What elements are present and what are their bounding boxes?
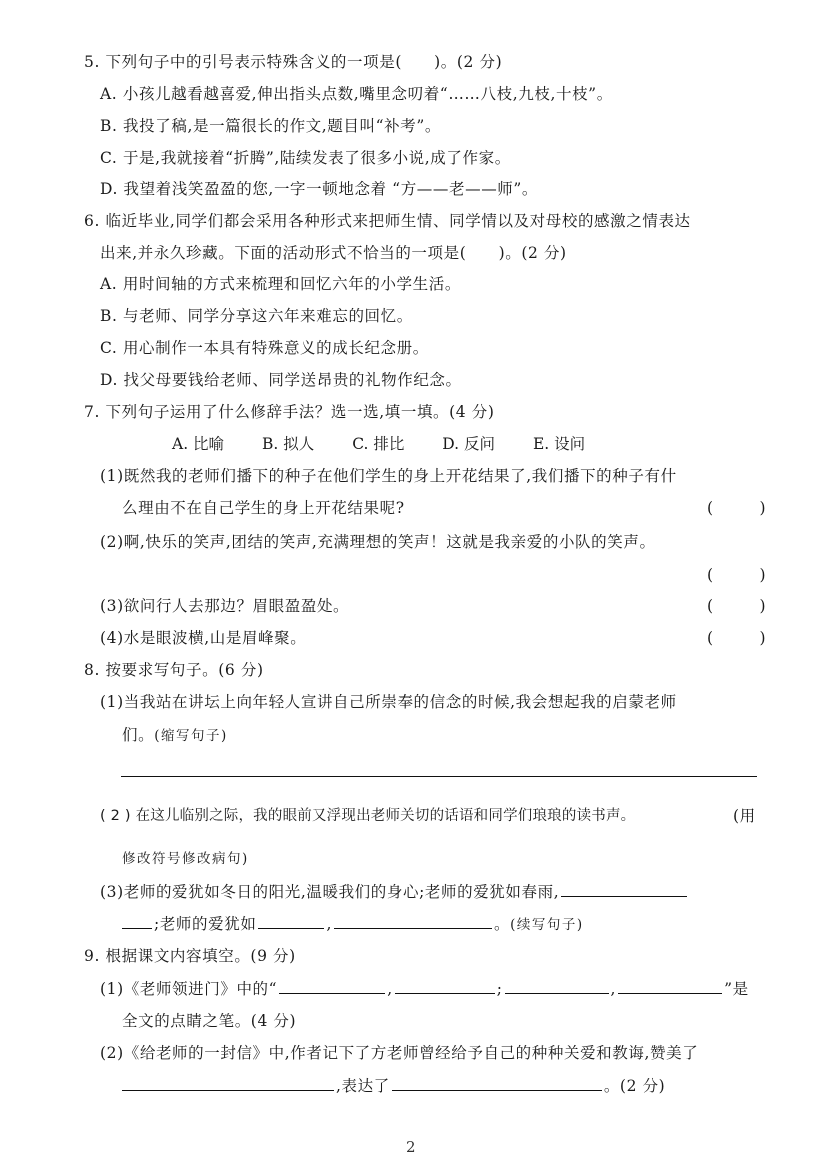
q9-item2-blank-2[interactable]	[392, 1076, 602, 1091]
q8-item3-blank-3[interactable]	[334, 914, 492, 929]
q9-item2-line1: (2)《给老师的一封信》中,作者记下了方老师曾经给予自己的种种关爱和教诲,赞美了	[100, 1043, 698, 1063]
q8-item3-sep: ,	[326, 915, 332, 933]
q7-choice-c: C. 排比	[352, 434, 404, 454]
q7-item1-line1: (1)既然我的老师们播下的种子在他们学生的身上开花结果了,我们播下的种子有什	[100, 466, 677, 486]
q7-item3-answer-blank[interactable]: ( )	[707, 596, 766, 616]
q8-item1-hint: (缩写句子)	[154, 728, 228, 744]
q9-item1-line1: (1)《老师领进门》中的“,;,”是	[100, 979, 749, 999]
q8-item1-answer-line[interactable]	[121, 776, 757, 777]
q5-option-d: D. 我望着浅笑盈盈的您,一字一顿地念着 “方——老——师”。	[100, 179, 538, 199]
q6-option-c: C. 用心制作一本具有特殊意义的成长纪念册。	[100, 338, 429, 358]
q5-option-a: A. 小孩儿越看越喜爱,伸出指头点数,嘴里念叨着“……八枝,九枝,十枝”。	[100, 84, 613, 104]
q8-item1-line1: (1)当我站在讲坛上向年轻人宣讲自己所崇奉的信念的时候,我会想起我的启蒙老师	[100, 692, 677, 712]
q8-item3-text-a: ;老师的爱犹如	[154, 915, 256, 933]
q9-item1-line2: 全文的点睛之笔。(4 分)	[122, 1011, 296, 1031]
q6-stem-line2: 出来,并永久珍藏。下面的活动形式不恰当的一项是( )。(2 分)	[100, 243, 567, 263]
q8-item3-blank-1-cont[interactable]	[122, 914, 152, 929]
q8-item1-line2: 们。(缩写句子)	[122, 725, 228, 746]
q7-choice-list: A. 比喻 B. 拟人 C. 排比 D. 反问 E. 设问	[172, 434, 618, 454]
q8-item3-text: (3)老师的爱犹如冬日的阳光,温暖我们的身心;老师的爱犹如春雨,	[100, 883, 559, 901]
q9-item1-blank-3[interactable]	[505, 979, 609, 994]
q6-option-d: D. 找父母要钱给老师、同学送昂贵的礼物作纪念。	[100, 370, 462, 390]
page-number: 2	[406, 1138, 416, 1156]
q8-item3-line2: ;老师的爱犹如,。(续写句子)	[122, 914, 584, 935]
q7-stem: 7. 下列句子运用了什么修辞手法？选一选,填一填。(4 分)	[84, 402, 495, 422]
q9-item1-blank-1[interactable]	[279, 979, 385, 994]
q6-option-a: A. 用时间轴的方式来梳理和回忆六年的小学生活。	[100, 274, 461, 294]
q7-choice-e: E. 设问	[533, 434, 585, 454]
q8-item1-text: 们。	[122, 726, 154, 744]
q8-item3-line1: (3)老师的爱犹如冬日的阳光,温暖我们的身心;老师的爱犹如春雨,	[100, 882, 689, 902]
q8-item3-end: 。	[494, 915, 510, 933]
q9-item1-text: (1)《老师领进门》中的“	[100, 980, 277, 998]
q9-item1-sep-3: ,	[611, 980, 617, 998]
q8-item2-hint-a: (用	[733, 806, 756, 826]
q9-item1-blank-4[interactable]	[618, 979, 722, 994]
q8-item3-blank-2[interactable]	[258, 914, 324, 929]
q9-item1-end: ”是	[724, 980, 749, 998]
q7-choice-b: B. 拟人	[262, 434, 314, 454]
q8-stem: 8. 按要求写句子。(6 分)	[84, 660, 264, 680]
q7-item4: (4)水是眼波横,山是眉峰聚。	[100, 628, 306, 648]
q6-option-b: B. 与老师、同学分享这六年来难忘的回忆。	[100, 306, 413, 326]
q9-item2-end: 。(2 分)	[604, 1077, 665, 1095]
q9-item2-mid: ,表达了	[336, 1077, 390, 1095]
q6-stem-line1: 6. 临近毕业,同学们都会采用各种形式来把师生情、同学情以及对母校的感激之情表达	[84, 211, 691, 231]
q7-item1-line2: 么理由不在自己学生的身上开花结果呢?	[122, 498, 405, 518]
q7-item2-answer-blank[interactable]: ( )	[707, 565, 766, 585]
q8-item3-blank-1[interactable]	[561, 882, 687, 897]
q7-item2-line1: (2)啊,快乐的笑声,团结的笑声,充满理想的笑声！这就是我亲爱的小队的笑声。	[100, 532, 656, 552]
q9-item1-sep-2: ;	[497, 980, 503, 998]
q7-item4-answer-blank[interactable]: ( )	[707, 628, 766, 648]
q7-item3: (3)欲问行人去那边？眉眼盈盈处。	[100, 596, 349, 616]
q8-item3-hint: (续写句子)	[510, 917, 584, 933]
q7-item1-answer-blank[interactable]: ( )	[707, 498, 766, 518]
q9-stem: 9. 根据课文内容填空。(9 分)	[84, 946, 296, 966]
q8-item2-hint-b: 修改符号修改病句)	[122, 849, 249, 869]
q8-item2-line1: ( 2 ) 在这儿临别之际，我的眼前又浮现出老师关切的话语和同学们琅琅的读书声。	[100, 806, 635, 826]
q5-option-b: B. 我投了稿,是一篇很长的作文,题目叫“补考”。	[100, 116, 441, 136]
q5-option-c: C. 于是,我就接着“折腾”,陆续发表了很多小说,成了作家。	[100, 148, 511, 168]
q5-stem: 5. 下列句子中的引号表示特殊含义的一项是( )。(2 分)	[84, 52, 502, 72]
q7-choice-a: A. 比喻	[172, 434, 224, 454]
q9-item2-blank-1[interactable]	[122, 1076, 334, 1091]
q9-item1-sep-1: ,	[387, 980, 393, 998]
q9-item2-line2: ,表达了。(2 分)	[122, 1076, 665, 1096]
q7-choice-d: D. 反问	[442, 434, 495, 454]
q9-item1-blank-2[interactable]	[395, 979, 495, 994]
